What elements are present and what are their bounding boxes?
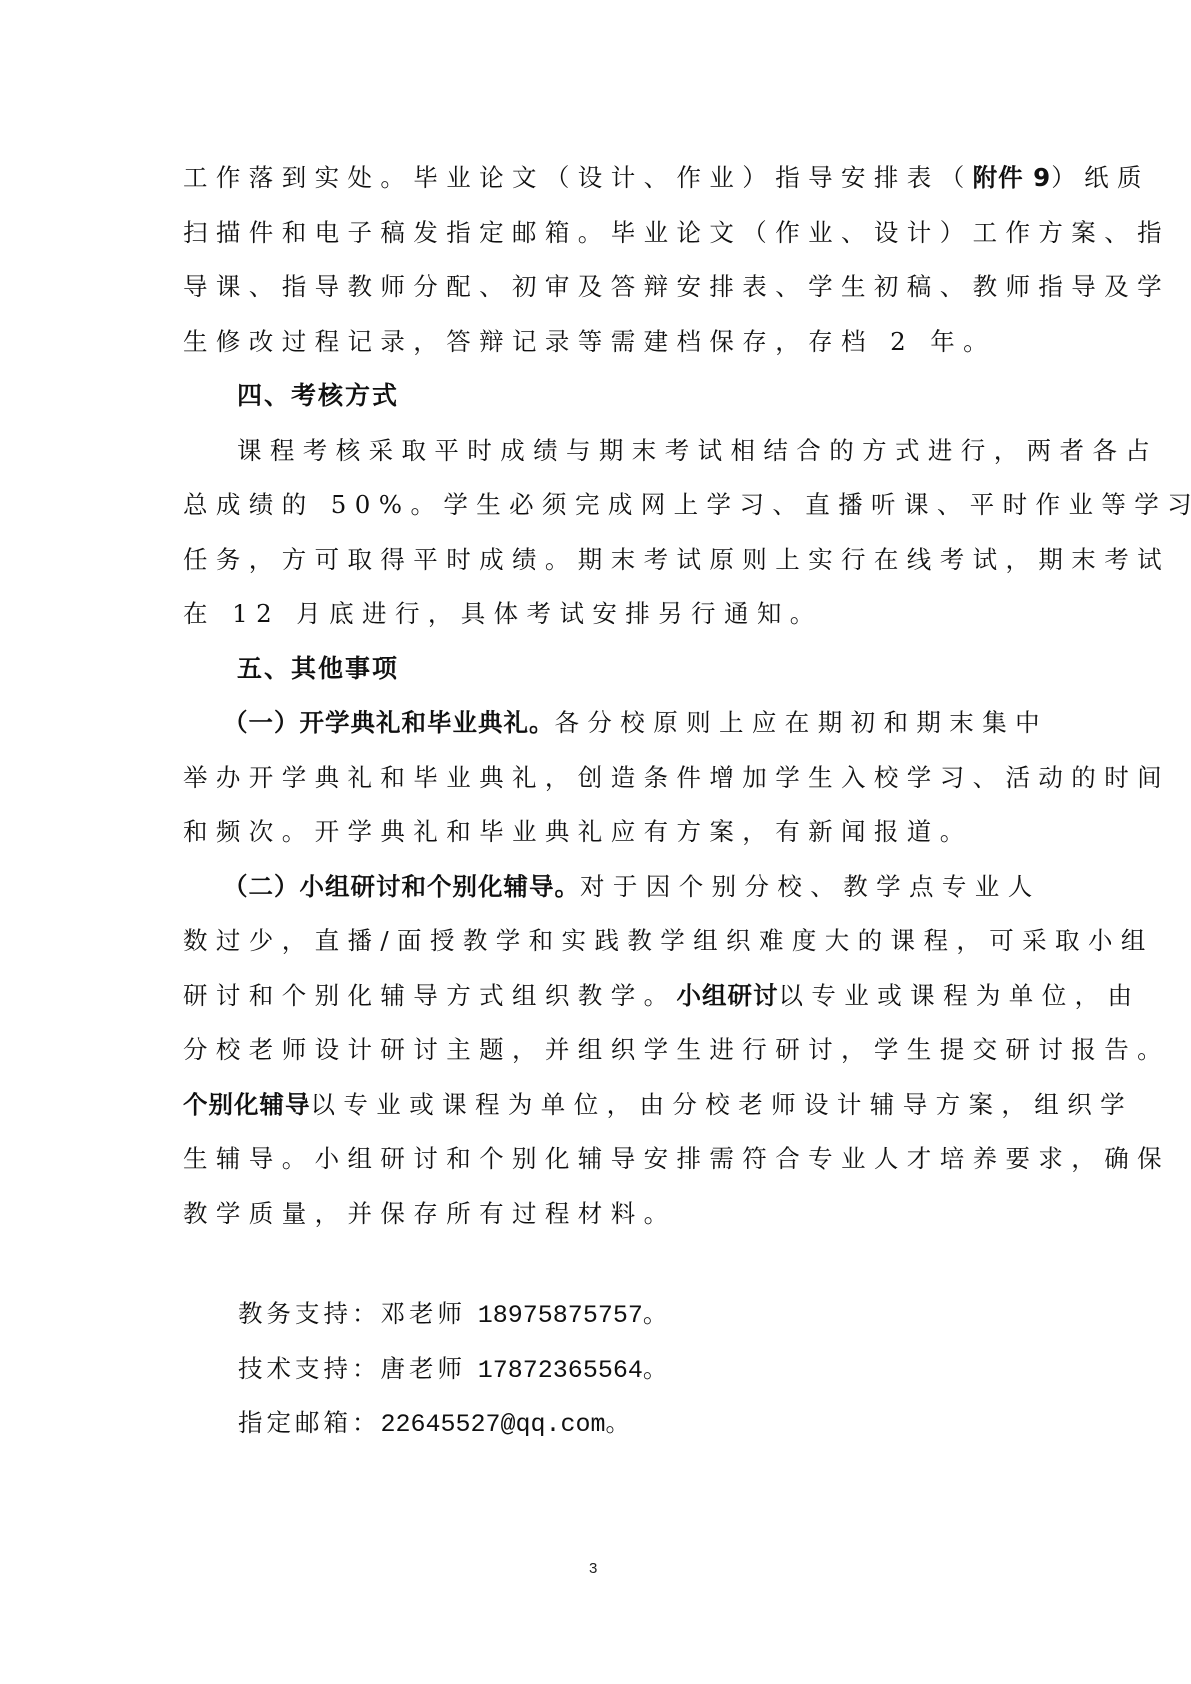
text-run: 对于因个别分校、教学点专业人 bbox=[580, 872, 1041, 901]
text-run: 以专业或课程为单位，由 bbox=[779, 981, 1141, 1010]
paragraph-line: 课程考核采取平时成绩与期末考试相结合的方式进行，两者各占 bbox=[183, 424, 1009, 479]
paragraph-line: （二）小组研讨和个别化辅导。对于因个别分校、教学点专业人 bbox=[183, 860, 1009, 915]
contact-technical-support: 技术支持：唐老师 17872365564。 bbox=[183, 1342, 1009, 1397]
paragraph-line: 举办开学典礼和毕业典礼，创造条件增加学生入校学习、活动的时间 bbox=[183, 751, 1009, 806]
paragraph-line: 生辅导。小组研讨和个别化辅导安排需符合专业人才培养要求，确保 bbox=[183, 1132, 1009, 1187]
paragraph-line: 教学质量，并保存所有过程材料。 bbox=[183, 1187, 1009, 1242]
page-number: 3 bbox=[589, 1560, 597, 1577]
paragraph-line: 生修改过程记录，答辩记录等需建档保存，存档 2 年。 bbox=[183, 315, 1009, 370]
punctuation: 。 bbox=[643, 1354, 672, 1383]
punctuation: 。 bbox=[643, 1299, 672, 1328]
bold-term: 个别化辅导 bbox=[183, 1090, 311, 1119]
contact-label: 指定邮箱： bbox=[238, 1408, 381, 1437]
contact-name: 邓老师 bbox=[381, 1299, 467, 1328]
paragraph-line: 任务，方可取得平时成绩。期末考试原则上实行在线考试，期末考试 bbox=[183, 533, 1009, 588]
contact-label: 技术支持： bbox=[238, 1354, 381, 1383]
contact-phone: 18975875757 bbox=[478, 1301, 643, 1330]
contact-label: 教务支持： bbox=[238, 1299, 381, 1328]
paragraph-line: 个别化辅导以专业或课程为单位，由分校老师设计辅导方案，组织学 bbox=[183, 1078, 1009, 1133]
text-run: 研讨和个别化辅导方式组织教学。 bbox=[183, 981, 677, 1010]
paragraph-line: 工作落到实处。毕业论文（设计、作业）指导安排表（附件 9）纸质 bbox=[183, 151, 1009, 206]
contact-designated-email: 指定邮箱：22645527@qq.com。 bbox=[183, 1396, 1009, 1451]
contact-phone: 17872365564 bbox=[478, 1356, 643, 1385]
punctuation: 。 bbox=[606, 1408, 635, 1437]
section-heading-other-matters: 五、其他事项 bbox=[183, 642, 1009, 697]
spacer bbox=[183, 1241, 1009, 1287]
paragraph-line: 数过少，直播/面授教学和实践教学组织难度大的课程，可采取小组 bbox=[183, 914, 1009, 969]
paragraph-line: 在 12 月底进行，具体考试安排另行通知。 bbox=[183, 587, 1009, 642]
text-run: 各分校原则上应在期初和期末集中 bbox=[555, 708, 1049, 737]
paragraph-line: 分校老师设计研讨主题，并组织学生进行研讨，学生提交研讨报告。 bbox=[183, 1023, 1009, 1078]
attachment-reference: 附件 9 bbox=[973, 163, 1052, 192]
paragraph-line: 和频次。开学典礼和毕业典礼应有方案，有新闻报道。 bbox=[183, 805, 1009, 860]
paragraph-line: 总成绩的 50%。学生必须完成网上学习、直播听课、平时作业等学习 bbox=[183, 478, 1009, 533]
contact-name: 唐老师 bbox=[381, 1354, 467, 1383]
contact-email: 22645527@qq.com bbox=[381, 1410, 606, 1439]
paragraph-line: 导课、指导教师分配、初审及答辩安排表、学生初稿、教师指导及学 bbox=[183, 260, 1009, 315]
contact-academic-support: 教务支持：邓老师 18975875757。 bbox=[183, 1287, 1009, 1342]
text-run: 工作落到实处。毕业论文（设计、作业）指导安排表（ bbox=[183, 163, 973, 192]
bold-term: 小组研讨 bbox=[677, 981, 779, 1010]
item-title-ceremonies: （一）开学典礼和毕业典礼。 bbox=[223, 708, 555, 737]
document-page: 工作落到实处。毕业论文（设计、作业）指导安排表（附件 9）纸质 扫描件和电子稿发… bbox=[0, 0, 1191, 1684]
text-run: 以专业或课程为单位，由分校老师设计辅导方案，组织学 bbox=[311, 1090, 1134, 1119]
paragraph-line: 扫描件和电子稿发指定邮箱。毕业论文（作业、设计）工作方案、指 bbox=[183, 206, 1009, 261]
document-body: 工作落到实处。毕业论文（设计、作业）指导安排表（附件 9）纸质 扫描件和电子稿发… bbox=[183, 151, 1009, 1451]
section-heading-assessment: 四、考核方式 bbox=[183, 369, 1009, 424]
paragraph-line: 研讨和个别化辅导方式组织教学。小组研讨以专业或课程为单位，由 bbox=[183, 969, 1009, 1024]
item-title-group-discussion: （二）小组研讨和个别化辅导。 bbox=[223, 872, 580, 901]
paragraph-line: （一）开学典礼和毕业典礼。各分校原则上应在期初和期末集中 bbox=[183, 696, 1009, 751]
text-run: ）纸质 bbox=[1051, 163, 1150, 192]
